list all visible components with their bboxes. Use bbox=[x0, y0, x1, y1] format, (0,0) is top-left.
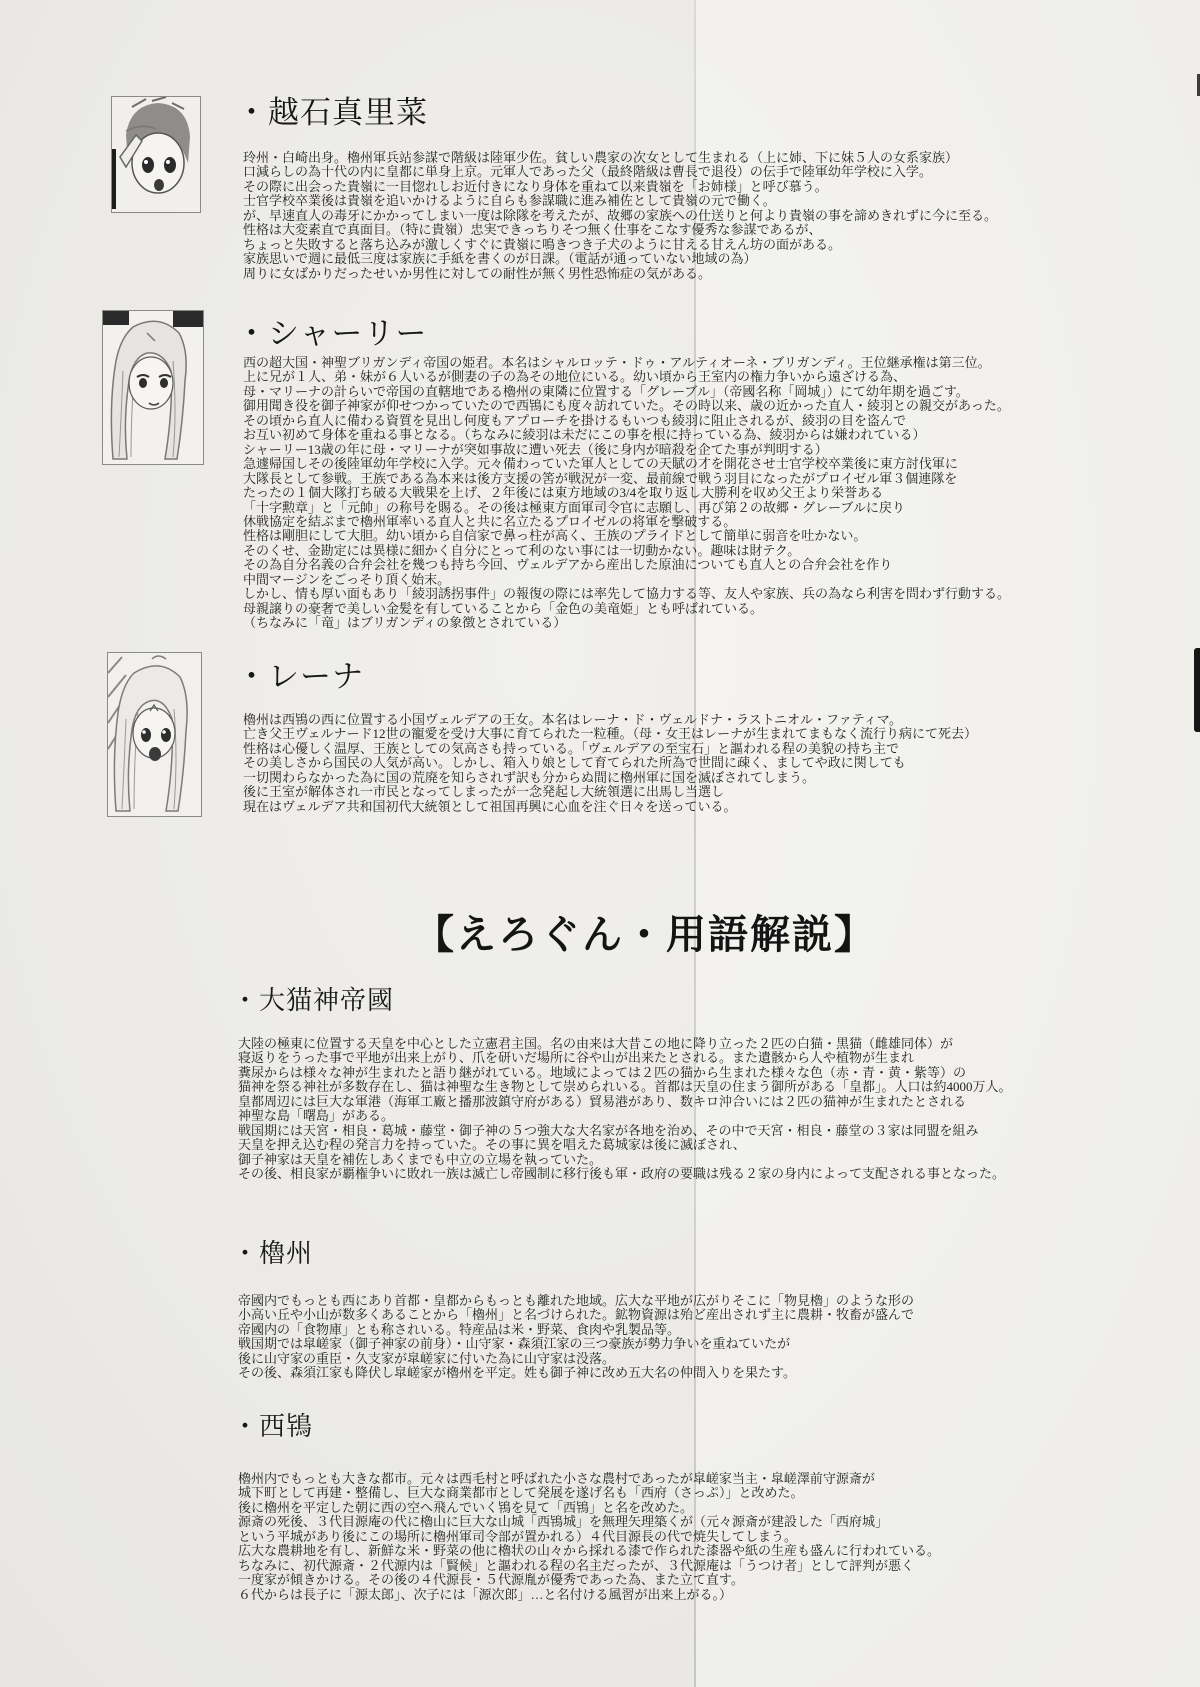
glossary-term-dainekogami-teikoku: ・大猫神帝國 bbox=[232, 980, 394, 1017]
text-line: 玲州・白崎出身。櫓州軍兵站参謀で階級は陸軍少佐。貧しい農家の次女として生まれる（… bbox=[243, 151, 997, 165]
text-line: 現在はヴェルデア共和国初代大統領として祖国再興に心血を注ぐ日々を送っている。 bbox=[243, 800, 977, 814]
text-line: 西の超大国・神聖ブリガンディ帝国の姫君。本名はシャルロッテ・ドゥ・アルティオーネ… bbox=[243, 356, 1010, 370]
shirley-portrait bbox=[103, 311, 203, 464]
glossary-body-dainekogami-teikoku: 大陸の極東に位置する天皇を中心とした立憲君主国。名の由来は大昔この地に降り立った… bbox=[238, 1037, 1012, 1182]
text-line: 神聖な島「曙島」がある。 bbox=[238, 1109, 1012, 1123]
text-line: 一切関わらなかった為に国の荒廃を知らされず訳も分からぬ間に櫓州軍に国を滅ぼされて… bbox=[243, 771, 977, 785]
text-line: シャーリー13歳の年に母・マリーナが突如事故に遭い死去（後に身内が暗殺を企てた事… bbox=[243, 443, 1010, 457]
text-line: 皇都周辺には巨大な軍港（海軍工廠と播那波鎮守府がある）貿易港があり、数キロ沖合い… bbox=[238, 1095, 1012, 1109]
text-line: 猫神を祭る神社が多数存在し、猫は神聖な生き物として崇められいる。首都は天皇の住ま… bbox=[238, 1080, 1012, 1094]
text-line: 中間マージンをごっそり頂く始末。 bbox=[243, 573, 1010, 587]
text-line: 大陸の極東に位置する天皇を中心とした立憲君主国。名の由来は大昔この地に降り立った… bbox=[238, 1037, 1012, 1051]
text-line: 広大な農耕地を有し、新鮮な米・野菜の他に櫓状の山々から採れる漆で作られた漆器や紙… bbox=[238, 1544, 940, 1558]
text-line: 御子神家は天皇を補佐しあくまでも中立の立場を執っていた。 bbox=[238, 1153, 1012, 1167]
scan-artifact-right-edge bbox=[1194, 648, 1200, 732]
text-line: そのくせ、金勘定には異様に細かく自分にとって利のない事には一切動かない。趣味は財… bbox=[243, 544, 1010, 558]
text-line: 家族思いで週に最低三度は家族に手紙を書くのが日課。（電話が通っていない地域の為） bbox=[243, 252, 997, 266]
text-line: たったの１個大隊打ち破る大戦果を上げ、２年後には東方地域の3/4を取り返し大勝利… bbox=[243, 486, 1010, 500]
text-line: という平城があり後にこの場所に櫓州軍司令部が置かれる）４代目源長の代で焼失してし… bbox=[238, 1530, 940, 1544]
text-line: 急遽帰国しその後陸軍幼年学校に入学。元々備わっていた軍人としての天賦の才を開花さ… bbox=[243, 457, 1010, 471]
glossary-term-saifu: ・西鴇 bbox=[232, 1406, 313, 1443]
shirley-portrait-art bbox=[103, 311, 203, 464]
text-line: 後に王室が解体され一市民となってしまったが一念発起し大統領選に出馬し当選し bbox=[243, 785, 977, 799]
text-line: （ちなみに「竜」はブリガンディの象徴とされている） bbox=[243, 616, 1010, 630]
text-line: 戦国期では皐嵯家（御子神家の前身）・山守家・森須江家の三つ豪族が勢力争いを重ねて… bbox=[238, 1337, 914, 1351]
text-line: ちょっと失敗すると落ち込みが激しくすぐに貴嶺に鳴きつき子犬のように甘える甘えん坊… bbox=[243, 238, 997, 252]
text-line: 源斎の死後、３代目源庵の代に櫓山に巨大な山城「西鴇城」を無理矢理築くが（元々源斎… bbox=[238, 1515, 940, 1529]
text-line: 糞尿からは様々な神が生まれたと語り継がれている。地域によっては２匹の猫から生まれ… bbox=[238, 1066, 1012, 1080]
character-name-koshiishi-marina: ・越石真里菜 bbox=[236, 87, 428, 132]
text-line: 性格は大変素直で真面目。（特に貴嶺）忠実できっちりそつ無く仕事をこなす優秀な参謀… bbox=[243, 223, 997, 237]
text-line: 口減らしの為十代の内に皇都に単身上京。元軍人であった父（最終階級は曹長で退役）の… bbox=[243, 165, 997, 179]
marina-portrait-art bbox=[112, 97, 200, 212]
text-line: 士官学校卒業後は貴嶺を追いかけるように自らも参謀職に進み補佐として貴嶺の元で働く… bbox=[243, 194, 997, 208]
character-profile-lena: 櫓州は西鴇の西に位置する小国ヴェルデアの王女。本名はレーナ・ド・ヴェルドナ・ラス… bbox=[243, 713, 977, 814]
text-line: 上に兄が１人、弟・妹が６人いるが側妻の子の為その地位にいる。幼い頃から王室内の権… bbox=[243, 370, 1010, 384]
glossary-term-roshu: ・櫓州 bbox=[232, 1233, 313, 1270]
text-line: その際に出会った貴嶺に一目惚れしお近付きになり身体を重ねて以来貴嶺を「お姉様」と… bbox=[243, 180, 997, 194]
text-line: その後、相良家が覇権争いに敗れ一族は滅亡し帝國制に移行後も軍・政府の要職は残る２… bbox=[238, 1167, 1012, 1181]
text-line: 城下町として再建・整備し、巨大な商業都市として発展を遂げ名も「西府（さっぷ）」と… bbox=[238, 1486, 940, 1500]
text-line: 櫓州は西鴇の西に位置する小国ヴェルデアの王女。本名はレーナ・ド・ヴェルドナ・ラス… bbox=[243, 713, 977, 727]
text-line: 後に山守家の重臣・久支家が皐嵯家に付いた為に山守家は没落。 bbox=[238, 1352, 914, 1366]
text-line: 戦国期には天宮・相良・葛城・藤堂・御子神の５つ強大な大名家が各地を治め、その中で… bbox=[238, 1124, 1012, 1138]
glossary-body-roshu: 帝國内でもっとも西にあり首都・皇都からもっとも離れた地域。広大な平地が広がりそこ… bbox=[238, 1294, 914, 1381]
text-line: お互い初めて身体を重ねる事となる。（ちなみに綾羽は未だにこの事を根に持っている為… bbox=[243, 428, 1010, 442]
text-line: その美しさから国民の人気が高い。しかし、箱入り娘として育てられた所為で世間に疎く… bbox=[243, 756, 977, 770]
text-line: 性格は心優しく温厚、王族としての気高さも持っている。「ヴェルデアの至宝石」と謳わ… bbox=[243, 742, 977, 756]
character-name-lena: ・レーナ bbox=[236, 651, 364, 696]
text-line: 休戦協定を結ぶまで櫓州軍率いる直人と共に名立たるプロイゼルの将軍を撃破する。 bbox=[243, 515, 1010, 529]
text-line: その後、森須江家も降伏し皐嵯家が櫓州を平定。姓も御子神に改め五大名の仲間入りを果… bbox=[238, 1366, 914, 1380]
text-line: その頃から直人に備わる資質を見出し何度もアプローチを掛けるもいつも綾羽に阻止され… bbox=[243, 414, 1010, 428]
text-line: 小高い丘や小山が数多くあることから「櫓州」と名づけられた。鉱物資源は殆ど産出され… bbox=[238, 1308, 914, 1322]
text-line: 帝國内の「食物庫」とも称されいる。特産品は米・野菜、食肉や乳製品等。 bbox=[238, 1323, 914, 1337]
text-line: 母親譲りの豪奢で美しい金髪を有していることから「金色の美竜姫」とも呼ばれている。 bbox=[243, 602, 1010, 616]
text-line: 性格は剛胆にして大胆。幼い頃から自信家で鼻っ柱が高く、王族のプライドとして簡単に… bbox=[243, 529, 1010, 543]
lena-portrait-art bbox=[108, 653, 201, 816]
text-line: 寝返りをうった事で平地が出来上がり、爪を研いだ場所に谷や山が出来たとされる。また… bbox=[238, 1051, 1012, 1065]
text-line: その為自分名義の合弁会社を幾つも持ち今回、ヴェルデアから産出した原油についても直… bbox=[243, 558, 1010, 572]
text-line: ６代からは長子に「源太郎」、次子には「源次郎」…と名付ける風習が出来上がる。） bbox=[238, 1588, 940, 1602]
text-line: 亡き父王ヴェルナード12世の寵愛を受け大事に育てられた一粒種。（母・女王はレーナ… bbox=[243, 727, 977, 741]
text-line: 天皇を押え込む程の発言力を持っていた。その事に異を唱えた葛城家は後に滅ぼされ、 bbox=[238, 1138, 1012, 1152]
text-line: しかし、情も厚い面もあり「綾羽誘拐事件」の報復の際には率先して協力する等、友人や… bbox=[243, 587, 1010, 601]
text-line: が、早速直人の毒牙にかかってしまい一度は除隊を考えたが、故郷の家族への仕送りと何… bbox=[243, 209, 997, 223]
text-line: 「十字勲章」と「元帥」の称号を賜る。その後は極東方面軍司令官に志願し、再び第２の… bbox=[243, 501, 1010, 515]
glossary-body-saifu: 櫓州内でもっとも大きな都市。元々は西毛村と呼ばれた小さな農村であったが皐嵯家当主… bbox=[238, 1472, 940, 1602]
text-line: 母・マリーナの計らいで帝国の直轄地である櫓州の東隣に位置する「グレーブル」（帝國… bbox=[243, 385, 1010, 399]
text-line: 櫓州内でもっとも大きな都市。元々は西毛村と呼ばれた小さな農村であったが皐嵯家当主… bbox=[238, 1472, 940, 1486]
text-line: ちなみに、初代源斎・２代源内は「賢候」と謳われる程の名主だったが、３代源庵は「う… bbox=[238, 1559, 940, 1573]
text-line: 周りに女ばかりだったせいか男性に対しての耐性が無く男性恐怖症の気がある。 bbox=[243, 267, 997, 281]
text-line: 帝國内でもっとも西にあり首都・皇都からもっとも離れた地域。広大な平地が広がりそこ… bbox=[238, 1294, 914, 1308]
scanned-page: ・越石真里菜 玲州・白崎出身。櫓州軍兵站参謀で階級は陸軍少佐。貧しい農家の次女と… bbox=[0, 0, 1200, 1687]
character-name-shirley: ・シャーリー bbox=[236, 308, 427, 353]
lena-portrait bbox=[108, 653, 201, 816]
marina-portrait bbox=[112, 97, 200, 212]
text-line: 御用聞き役を御子神家が仰せつかっていたので西鴇にも度々訪れていた。その時以来、歳… bbox=[243, 399, 1010, 413]
character-profile-shirley: 西の超大国・神聖ブリガンディ帝国の姫君。本名はシャルロッテ・ドゥ・アルティオーネ… bbox=[243, 356, 1010, 631]
text-line: 一度家が傾きかける。その後の４代源長・５代源胤が優秀であった為、また立て直す。 bbox=[238, 1573, 940, 1587]
text-line: 後に櫓州を平定した朝に西の空へ飛んでいく鴇を見て「西鴇」と名を改めた。 bbox=[238, 1501, 940, 1515]
glossary-section-title: 【えろぐん・用語解説】 bbox=[95, 903, 1195, 960]
character-profile-marina: 玲州・白崎出身。櫓州軍兵站参謀で階級は陸軍少佐。貧しい農家の次女として生まれる（… bbox=[243, 151, 997, 281]
text-line: 大隊長として参戦。王族である為本来は後方支援の筈が戦況が一変、最前線で戦う羽目に… bbox=[243, 472, 1010, 486]
